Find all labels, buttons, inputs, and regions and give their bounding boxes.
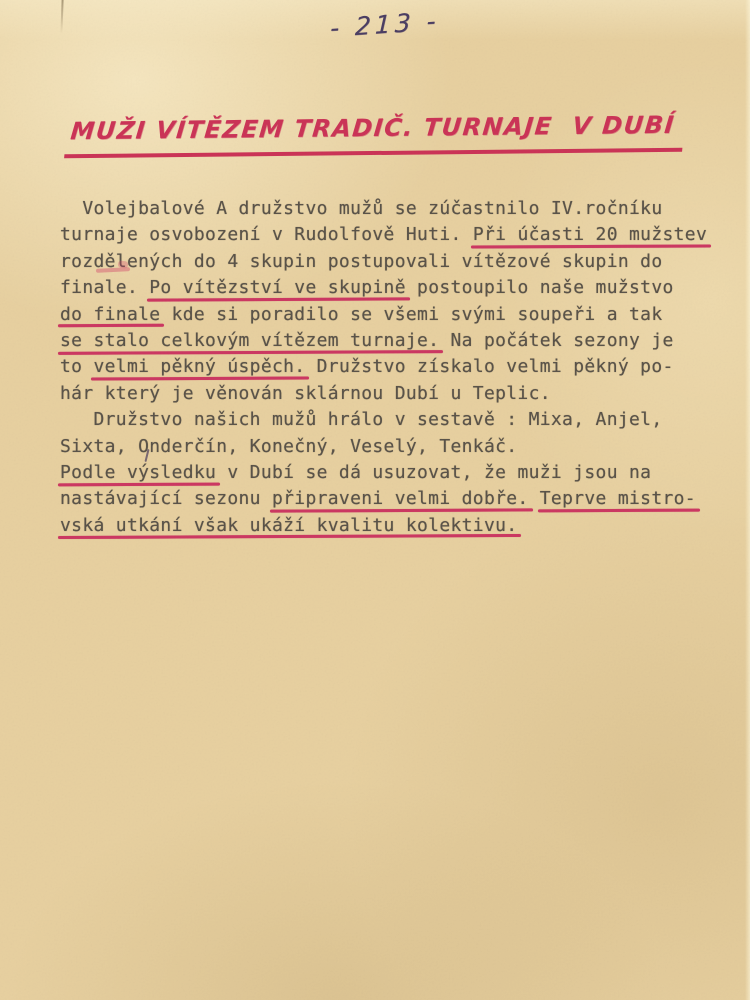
text-line: Podle výsledku v Dubí se dá usuzovat, že… [60,460,725,486]
text-line: Volejbalové A družstvo mužů se zúčastnil… [60,196,725,222]
text-line: Družstvo našich mužů hrálo v sestavě : M… [60,407,725,433]
red-underlined-text: Podle výsledku [60,462,216,483]
plain-text: to [60,356,93,377]
plain-text: Na počátek sezony je [439,330,673,351]
typewritten-article-body: Volejbalové A družstvo mužů se zúčastnil… [60,196,725,539]
plain-text: postoupilo naše mužstvo [406,277,674,298]
text-line: do finale kde si poradilo se všemi svými… [60,302,725,328]
red-underlined-text: se stalo celkovým vítězem turnaje. [60,330,439,351]
red-underlined-text: velmi pěkný úspěch. [93,356,305,377]
plain-text: nastávající sezonu [60,488,272,509]
plain-text: Družstvo získalo velmi pěkný po- [305,356,673,377]
red-underlined-text: Po vítězství ve skupině [149,277,406,298]
scan-edge [745,0,750,1000]
plain-text: turnaje osvobození v Rudolfově Huti. [60,224,473,245]
red-underlined-text: Teprve mistro- [540,488,696,509]
plain-text: kde si poradilo se všemi svými soupeři a… [160,304,662,325]
plain-text: hár který je věnován sklárnou Dubí u Tep… [60,383,551,404]
text-line: turnaje osvobození v Rudolfově Huti. Při… [60,222,725,248]
plain-text [529,488,540,509]
text-line: Sixta, Onderčín, Konečný, Veselý, Tenkáč… [60,434,725,460]
plain-text: v Dubí se dá usuzovat, že muži jsou na [216,462,651,483]
text-line: nastávající sezonu připraveni velmi dobř… [60,486,725,512]
red-underlined-text: připraveni velmi dobře. [272,488,529,509]
text-line: hár který je věnován sklárnou Dubí u Tep… [60,381,725,407]
text-line: rozdělených do 4 skupin postupovali vítě… [60,249,725,275]
document-page: - 213 - MUŽI VÍTĚZEM TRADIČ. TURNAJE V D… [0,0,750,1000]
text-line: se stalo celkovým vítězem turnaje. Na po… [60,328,725,354]
plain-text: Družstvo našich mužů hrálo v sestavě : M… [60,409,662,430]
plain-text: finale. [60,277,149,298]
red-underlined-text: Při účasti 20 mužstev [473,224,707,245]
red-underlined-text: do finale [60,304,160,325]
handwritten-page-number: - 213 - [330,6,440,43]
paper-crease [60,0,63,34]
plain-text: Sixta, Onderčín, Konečný, Veselý, Tenkáč… [60,436,517,457]
plain-text: Volejbalové A družstvo mužů se zúčastnil… [60,198,662,219]
handwritten-article-title: MUŽI VÍTĚZEM TRADIČ. TURNAJE V DUBÍ [64,111,686,159]
text-line: to velmi pěkný úspěch. Družstvo získalo … [60,354,725,380]
red-underlined-text: vská utkání však ukáží kvalitu kolektivu… [60,515,517,536]
text-line: vská utkání však ukáží kvalitu kolektivu… [60,513,725,539]
red-ink-smudge [118,260,129,268]
plain-text: rozdělených do 4 skupin postupovali vítě… [60,251,662,272]
text-line: finale. Po vítězství ve skupině postoupi… [60,275,725,301]
